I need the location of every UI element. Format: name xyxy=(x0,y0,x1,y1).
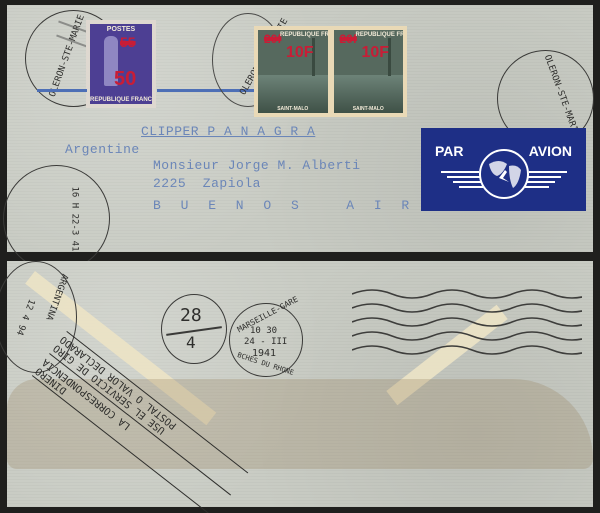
stamp-saint-malo-2: 20f REPUBLIQUE FRANCAISE 10F SAINT-MALO xyxy=(334,30,404,113)
postmark-bottom-left: 16 H 22-3 41 xyxy=(3,165,110,272)
address-name: Monsieur Jorge M. Alberti xyxy=(153,158,361,173)
airmail-line xyxy=(37,89,87,92)
stamp-saint-malo-1: 20f REPUBLIQUE FRANCAISE 10F SAINT-MALO xyxy=(258,30,328,113)
stamp-paix-50c: POSTES 55 50 REPUBLIQUE FRANCAISE xyxy=(86,20,156,108)
postmark-marseille: MARSEILLE-GARE 10 30 24 - III 1941 BCHES… xyxy=(229,303,303,377)
wavy-cancel xyxy=(352,286,582,366)
transit-mark: 28 4 xyxy=(161,294,227,364)
stamp-pair-saint-malo: 20f REPUBLIQUE FRANCAISE 10F SAINT-MALO … xyxy=(254,26,407,117)
winged-globe-icon xyxy=(439,136,569,206)
routing-instruction: CLIPPER P A N A G R A xyxy=(141,124,315,139)
destination-country: Argentine xyxy=(65,142,140,157)
cover-back: ARGENTINA 12 4 94 28 4 MARSEILLE-GARE 10… xyxy=(7,261,593,507)
address-street: 2225 Zapiola xyxy=(153,176,261,191)
cover-front: OLERON-STE-MARIE POSTES 55 50 REPUBLIQUE… xyxy=(7,5,593,252)
par-avion-label: PAR AVION xyxy=(421,128,586,211)
